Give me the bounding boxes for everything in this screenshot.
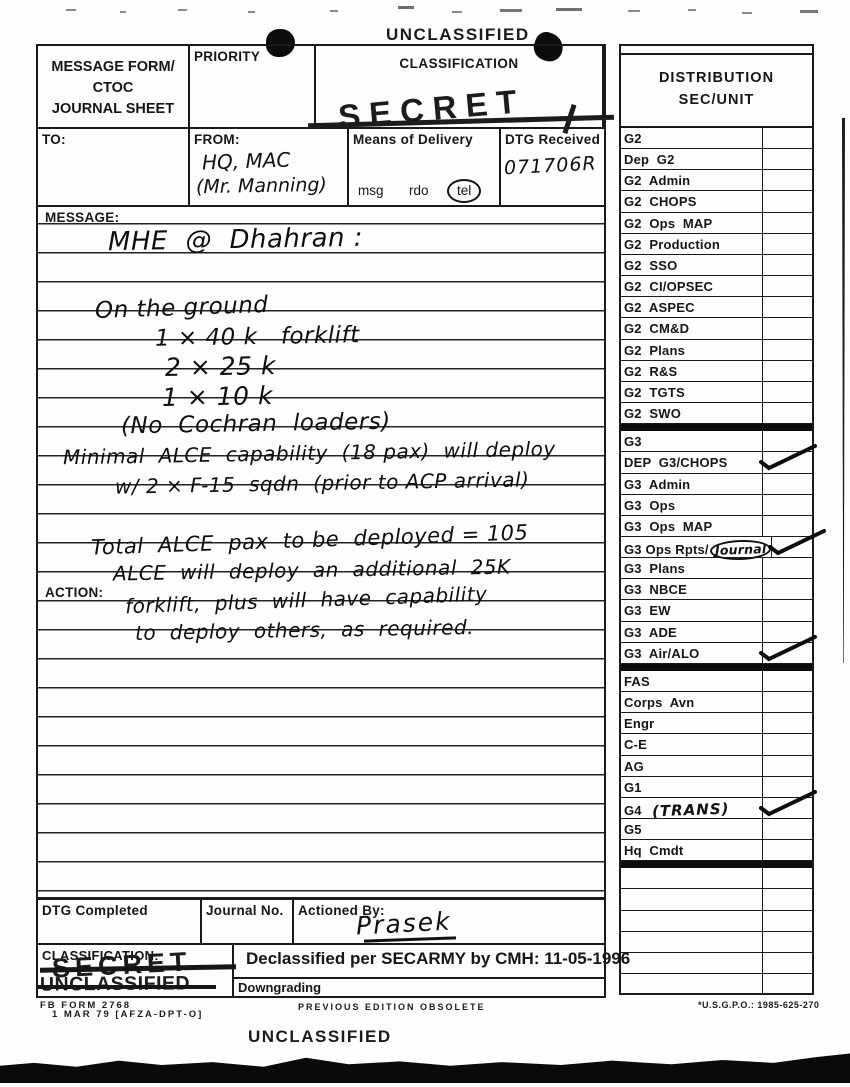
actioned-by-field: Actioned By: Prasek (294, 900, 604, 943)
distribution-row-label: FAS (621, 671, 762, 691)
distribution-row: FAS (621, 671, 812, 692)
distribution-check-cell (762, 170, 812, 190)
distribution-check-cell (762, 382, 812, 402)
distribution-row: Hq Cmdt (621, 840, 812, 861)
distribution-row-label: G2 CM&D (621, 318, 762, 338)
distribution-check-cell (762, 671, 812, 691)
distribution-row-label: G4(TRANS) (621, 798, 762, 818)
dtg-completed-field: DTG Completed (38, 900, 202, 943)
distribution-row-label: C-E (621, 734, 762, 754)
distribution-check-cell (762, 692, 812, 712)
distribution-row (621, 889, 812, 910)
distribution-check-cell (762, 819, 812, 839)
distribution-row-label: G3 ADE (621, 622, 762, 642)
distribution-row-label: G3 NBCE (621, 579, 762, 599)
distribution-row: G3 Admin (621, 474, 812, 495)
dtg-received-value: 071706R (503, 153, 597, 180)
message-line: 1 × 40 k forklift (155, 322, 360, 352)
distribution-row: G4(TRANS) (621, 798, 812, 819)
distribution-check-cell (762, 911, 812, 931)
divider (234, 977, 604, 979)
checkmark-icon (766, 523, 830, 557)
distribution-check-cell (762, 495, 812, 515)
form-title-line1: MESSAGE FORM/ (38, 57, 188, 78)
distribution-check-cell (762, 868, 812, 888)
top-classification-banner: UNCLASSIFIED (386, 25, 530, 45)
distribution-row (621, 868, 812, 889)
gpo-note: *U.S.G.P.O.: 1985-625-270 (698, 1000, 819, 1010)
distribution-row-label: G3 Air/ALO (621, 643, 762, 663)
journal-no-field: Journal No. (202, 900, 294, 943)
form-title: MESSAGE FORM/ CTOC JOURNAL SHEET (38, 46, 190, 127)
distribution-check-cell (762, 276, 812, 296)
distribution-check-cell (762, 558, 812, 578)
form-routing-row: TO: FROM: HQ, MAC (Mr. Manning) Means of… (38, 129, 604, 207)
distribution-check-cell (762, 297, 812, 317)
distribution-row-label (621, 932, 762, 952)
from-label: FROM: (190, 129, 347, 147)
section-separator (621, 664, 812, 671)
distribution-row-label (621, 889, 762, 909)
distribution-check-cell (762, 953, 812, 973)
classification-label: CLASSIFICATION (316, 46, 602, 71)
checkmark-icon (757, 438, 821, 472)
distribution-check-cell (771, 537, 812, 557)
distribution-check-cell (762, 361, 812, 381)
distribution-check-cell (762, 318, 812, 338)
distribution-row-label: G3 (621, 431, 762, 451)
message-area: MESSAGE: ACTION: MHE @ Dhahran :On the g… (38, 207, 604, 900)
distribution-check-cell (762, 474, 812, 494)
distribution-row: G3 Plans (621, 558, 812, 579)
distribution-row: G3 NBCE (621, 579, 812, 600)
unclassified-strikethrough (38, 985, 216, 989)
distribution-row-label: Engr (621, 713, 762, 733)
distribution-row-label: Corps Avn (621, 692, 762, 712)
distribution-row-label: G3 Plans (621, 558, 762, 578)
section-separator (621, 424, 812, 431)
form-title-line3: JOURNAL SHEET (38, 99, 188, 120)
message-form: MESSAGE FORM/ CTOC JOURNAL SHEET PRIORIT… (36, 44, 606, 998)
distribution-check-cell (762, 840, 812, 860)
journal-no-label: Journal No. (202, 900, 292, 918)
distribution-row: G2 SWO (621, 403, 812, 424)
distribution-check-cell (762, 600, 812, 620)
form-header-row: MESSAGE FORM/ CTOC JOURNAL SHEET PRIORIT… (38, 46, 604, 129)
message-line: 1 × 10 k (162, 381, 273, 412)
checkmark-icon (757, 784, 821, 818)
distribution-row: DEP G3/CHOPS (621, 452, 812, 473)
from-field: FROM: HQ, MAC (Mr. Manning) (190, 129, 349, 205)
distribution-row-label: G3 EW (621, 600, 762, 620)
declassified-note: Declassified per SECARMY by CMH: 11-05-1… (246, 949, 630, 969)
distribution-row-label: G3 Ops MAP (621, 516, 762, 536)
distribution-row-label: G2 CI/OPSEC (621, 276, 762, 296)
handwritten-annotation: (TRANS) (651, 799, 729, 820)
section-separator (621, 861, 812, 868)
distribution-check-cell (762, 234, 812, 254)
message-label: MESSAGE: (41, 207, 119, 225)
declassification-field: Declassified per SECARMY by CMH: 11-05-1… (234, 945, 604, 998)
distribution-row-label: DEP G3/CHOPS (621, 452, 762, 472)
to-label: TO: (38, 129, 188, 147)
distribution-row-label (621, 953, 762, 973)
distribution-row: Dep G2 (621, 149, 812, 170)
bottom-classification-banner: UNCLASSIFIED (248, 1027, 392, 1047)
from-value-line2: (Mr. Manning) (196, 174, 327, 198)
distribution-header-line2: SEC/UNIT (621, 90, 812, 112)
distribution-row-label: G2 Ops MAP (621, 213, 762, 233)
distribution-row-label: Dep G2 (621, 149, 762, 169)
means-option-rdo: rdo (409, 183, 429, 198)
distribution-row: Corps Avn (621, 692, 812, 713)
distribution-row: G2 CHOPS (621, 191, 812, 212)
distribution-row-label: G2 SSO (621, 255, 762, 275)
distribution-header-line1: DISTRIBUTION (621, 68, 812, 90)
distribution-row (621, 974, 812, 995)
distribution-check-cell (762, 128, 812, 148)
distribution-row-label: G2 Admin (621, 170, 762, 190)
distribution-check-cell (762, 756, 812, 776)
distribution-check-cell (762, 798, 812, 818)
form-title-line2: CTOC (38, 78, 188, 99)
dtg-completed-label: DTG Completed (38, 900, 200, 918)
distribution-check-cell (762, 579, 812, 599)
distribution-check-cell (762, 932, 812, 952)
distribution-row: C-E (621, 734, 812, 755)
to-field: TO: (38, 129, 190, 205)
distribution-row-label: G5 (621, 819, 762, 839)
distribution-row: G3 Ops (621, 495, 812, 516)
distribution-row: G2 Admin (621, 170, 812, 191)
distribution-row-label: G2 ASPEC (621, 297, 762, 317)
distribution-row-label: G2 Production (621, 234, 762, 254)
distribution-check-cell (762, 213, 812, 233)
distribution-row-label: G1 (621, 777, 762, 797)
distribution-row: G2 ASPEC (621, 297, 812, 318)
distribution-row (621, 953, 812, 974)
distribution-row-label: G3 Admin (621, 474, 762, 494)
form-date: 1 MAR 79 [AFZA-DPT-O] (52, 1009, 203, 1020)
distribution-row (621, 932, 812, 953)
distribution-row-label: G2 Plans (621, 340, 762, 360)
distribution-check-cell (762, 734, 812, 754)
distribution-check-cell (762, 191, 812, 211)
distribution-row: G2 SSO (621, 255, 812, 276)
distribution-row (621, 911, 812, 932)
actioned-by-signature: Prasek (355, 907, 452, 941)
distribution-row: G3 Ops Rpts/Journal (621, 537, 812, 558)
distribution-row-label: G2 TGTS (621, 382, 762, 402)
checkmark-icon (757, 629, 821, 663)
distribution-row-label: AG (621, 756, 762, 776)
message-line: (No Cochran loaders) (121, 409, 391, 440)
priority-label: PRIORITY (190, 46, 314, 64)
message-line: MHE @ Dhahran : (108, 223, 364, 257)
journal-row: DTG Completed Journal No. Actioned By: P… (38, 900, 604, 945)
dtg-received-field: DTG Received 071706R (501, 129, 604, 205)
means-of-delivery-field: Means of Delivery msg rdo tel (349, 129, 501, 205)
distribution-row: G3 Air/ALO (621, 643, 812, 664)
distribution-table: DISTRIBUTION SEC/UNIT G2Dep G2G2 AdminG2… (619, 44, 814, 995)
dtg-received-label: DTG Received (501, 129, 604, 147)
distribution-row-label: G3 Ops (621, 495, 762, 515)
means-option-tel-circled: tel (447, 179, 481, 203)
means-option-msg: msg (358, 183, 384, 198)
action-label: ACTION: (41, 582, 103, 600)
distribution-check-cell (762, 255, 812, 275)
distribution-check-cell (762, 713, 812, 733)
distribution-rows: G2Dep G2G2 AdminG2 CHOPSG2 Ops MAPG2 Pro… (621, 128, 812, 995)
distribution-row-label: Hq Cmdt (621, 840, 762, 860)
distribution-row-label: G2 R&S (621, 361, 762, 381)
scan-bottom-edge (0, 1047, 850, 1083)
distribution-row-label (621, 868, 762, 888)
distribution-row-label: G2 (621, 128, 762, 148)
distribution-row: G2 CI/OPSEC (621, 276, 812, 297)
distribution-row: G2 Plans (621, 340, 812, 361)
distribution-check-cell (762, 452, 812, 472)
classification-footer-row: CLASSIFICATION: SECRET UNCLASSIFIED Decl… (38, 945, 604, 998)
distribution-top-strip (621, 46, 812, 55)
distribution-row: G2 (621, 128, 812, 149)
distribution-header: DISTRIBUTION SEC/UNIT (621, 55, 812, 128)
distribution-row: G5 (621, 819, 812, 840)
from-value-line1: HQ, MAC (202, 147, 291, 174)
distribution-row-label: G2 SWO (621, 403, 762, 423)
priority-field: PRIORITY (190, 46, 316, 127)
distribution-row: G2 CM&D (621, 318, 812, 339)
obsolete-note: PREVIOUS EDITION OBSOLETE (298, 1002, 486, 1012)
distribution-row-label: G3 Ops Rpts/Journal (621, 537, 771, 557)
distribution-check-cell (762, 149, 812, 169)
classification-footer-field: CLASSIFICATION: SECRET UNCLASSIFIED (38, 945, 234, 998)
distribution-row: AG (621, 756, 812, 777)
distribution-row: G2 R&S (621, 361, 812, 382)
distribution-row-label (621, 974, 762, 994)
distribution-row: G2 TGTS (621, 382, 812, 403)
distribution-check-cell (762, 974, 812, 994)
distribution-row: G2 Ops MAP (621, 213, 812, 234)
distribution-row: Engr (621, 713, 812, 734)
distribution-row: G3 EW (621, 600, 812, 621)
distribution-check-cell (762, 403, 812, 423)
distribution-row: G2 Production (621, 234, 812, 255)
distribution-row-label: G2 CHOPS (621, 191, 762, 211)
distribution-row-label (621, 911, 762, 931)
distribution-check-cell (762, 889, 812, 909)
message-line: 2 × 25 k (165, 351, 276, 382)
distribution-check-cell (762, 340, 812, 360)
distribution-check-cell (762, 643, 812, 663)
downgrading-label: Downgrading (238, 980, 321, 995)
scan-edge-artifact (842, 118, 845, 663)
scanned-message-form-page: UNCLASSIFIED MESSAGE FORM/ CTOC JOURNAL … (0, 0, 850, 1087)
